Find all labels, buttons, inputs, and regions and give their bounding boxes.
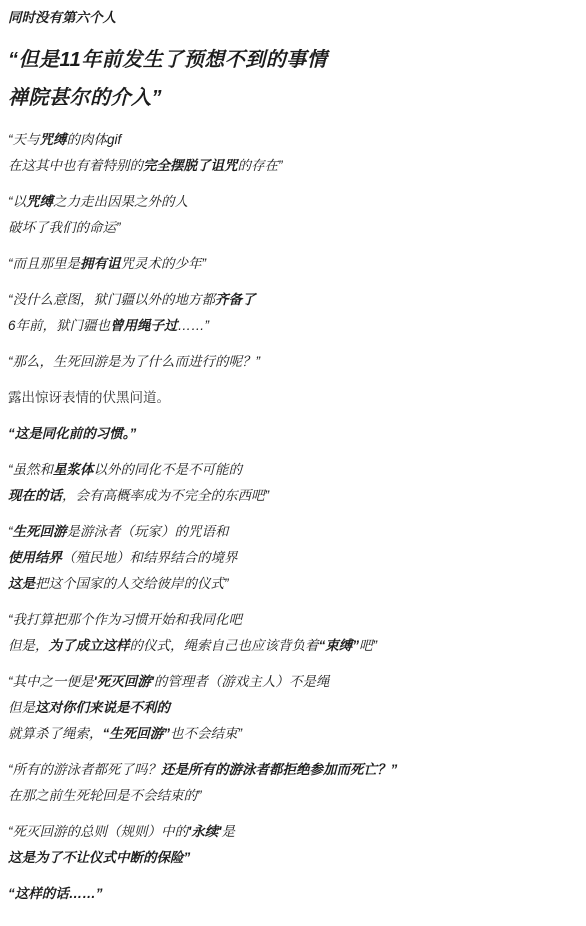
text-line: “所有的游泳者都死了吗？还是所有的游泳者都拒绝参加而死亡？” <box>8 757 574 783</box>
text-line: 但是这对你们来说是不利的 <box>8 695 574 721</box>
dialogue-paragraph: “这是同化前的习惯。” <box>8 421 574 447</box>
document-page: 同时没有第六个人“但是11年前发生了预想不到的事情禅院甚尔的介入”“天与咒缚的肉… <box>0 0 586 926</box>
text-line: 露出惊讶表情的伏黑问道。 <box>8 385 574 411</box>
text-line: 在那之前生死轮回是不会结束的” <box>8 783 574 809</box>
text-line: “天与咒缚的肉体gif <box>8 127 574 153</box>
dialogue-paragraph: “而且那里是拥有诅咒灵术的少年” <box>8 251 574 277</box>
text-line: “这样的话……” <box>8 881 574 907</box>
dialogue-paragraph: “我打算把那个作为习惯开始和我同化吧但是，为了成立这样的仪式，绳索自己也应该背负… <box>8 607 574 659</box>
text-line: 这是把这个国家的人交给彼岸的仪式” <box>8 571 574 597</box>
text-line: “我打算把那个作为习惯开始和我同化吧 <box>8 607 574 633</box>
narration-line: 露出惊讶表情的伏黑问道。 <box>8 385 574 411</box>
text-line: “死灭回游的总则（规则）中的'永续'是 <box>8 819 574 845</box>
text-line: 在这其中也有着特别的完全摆脱了诅咒的存在” <box>8 153 574 179</box>
text-line: “而且那里是拥有诅咒灵术的少年” <box>8 251 574 277</box>
intro-line: 同时没有第六个人 <box>8 5 574 31</box>
text-line: “以咒缚之力走出因果之外的人 <box>8 189 574 215</box>
text-line: “虽然和星浆体以外的同化不是不可能的 <box>8 457 574 483</box>
dialogue-paragraph: “所有的游泳者都死了吗？还是所有的游泳者都拒绝参加而死亡？”在那之前生死轮回是不… <box>8 757 574 809</box>
dialogue-paragraph: “死灭回游的总则（规则）中的'永续'是这是为了不让仪式中断的保险” <box>8 819 574 871</box>
dialogue-paragraph: “虽然和星浆体以外的同化不是不可能的现在的话，会有高概率成为不完全的东西吧” <box>8 457 574 509</box>
dialogue-paragraph: “生死回游是游泳者（玩家）的咒语和使用结界（殖民地）和结界结合的境界这是把这个国… <box>8 519 574 597</box>
dialogue-text: 同时没有第六个人“但是11年前发生了预想不到的事情禅院甚尔的介入”“天与咒缚的肉… <box>8 5 574 907</box>
text-line: “其中之一便是'死灭回游'的管理者（游戏主人）不是绳 <box>8 669 574 695</box>
chapter-heading: “但是11年前发生了预想不到的事情禅院甚尔的介入” <box>8 41 574 117</box>
text-line: “这是同化前的习惯。” <box>8 421 574 447</box>
text-line: 同时没有第六个人 <box>8 5 574 31</box>
text-line: 6年前，狱门疆也曾用绳子过……” <box>8 313 574 339</box>
text-line: 现在的话，会有高概率成为不完全的东西吧” <box>8 483 574 509</box>
text-line: 就算杀了绳索，“生死回游”也不会结束” <box>8 721 574 747</box>
text-line: 这是为了不让仪式中断的保险” <box>8 845 574 871</box>
text-line: 禅院甚尔的介入” <box>8 79 574 117</box>
text-line: “生死回游是游泳者（玩家）的咒语和 <box>8 519 574 545</box>
text-line: “那么，生死回游是为了什么而进行的呢？” <box>8 349 574 375</box>
dialogue-paragraph: “以咒缚之力走出因果之外的人破坏了我们的命运” <box>8 189 574 241</box>
dialogue-paragraph: “这样的话……” <box>8 881 574 907</box>
text-line: “但是11年前发生了预想不到的事情 <box>8 41 574 79</box>
text-line: 破坏了我们的命运” <box>8 215 574 241</box>
text-line: 但是，为了成立这样的仪式，绳索自己也应该背负着“束缚”吧” <box>8 633 574 659</box>
dialogue-paragraph: “其中之一便是'死灭回游'的管理者（游戏主人）不是绳但是这对你们来说是不利的就算… <box>8 669 574 747</box>
dialogue-paragraph: “那么，生死回游是为了什么而进行的呢？” <box>8 349 574 375</box>
text-line: 使用结界（殖民地）和结界结合的境界 <box>8 545 574 571</box>
dialogue-paragraph: “没什么意图，狱门疆以外的地方都齐备了6年前，狱门疆也曾用绳子过……” <box>8 287 574 339</box>
dialogue-paragraph: “天与咒缚的肉体gif在这其中也有着特别的完全摆脱了诅咒的存在” <box>8 127 574 179</box>
text-line: “没什么意图，狱门疆以外的地方都齐备了 <box>8 287 574 313</box>
